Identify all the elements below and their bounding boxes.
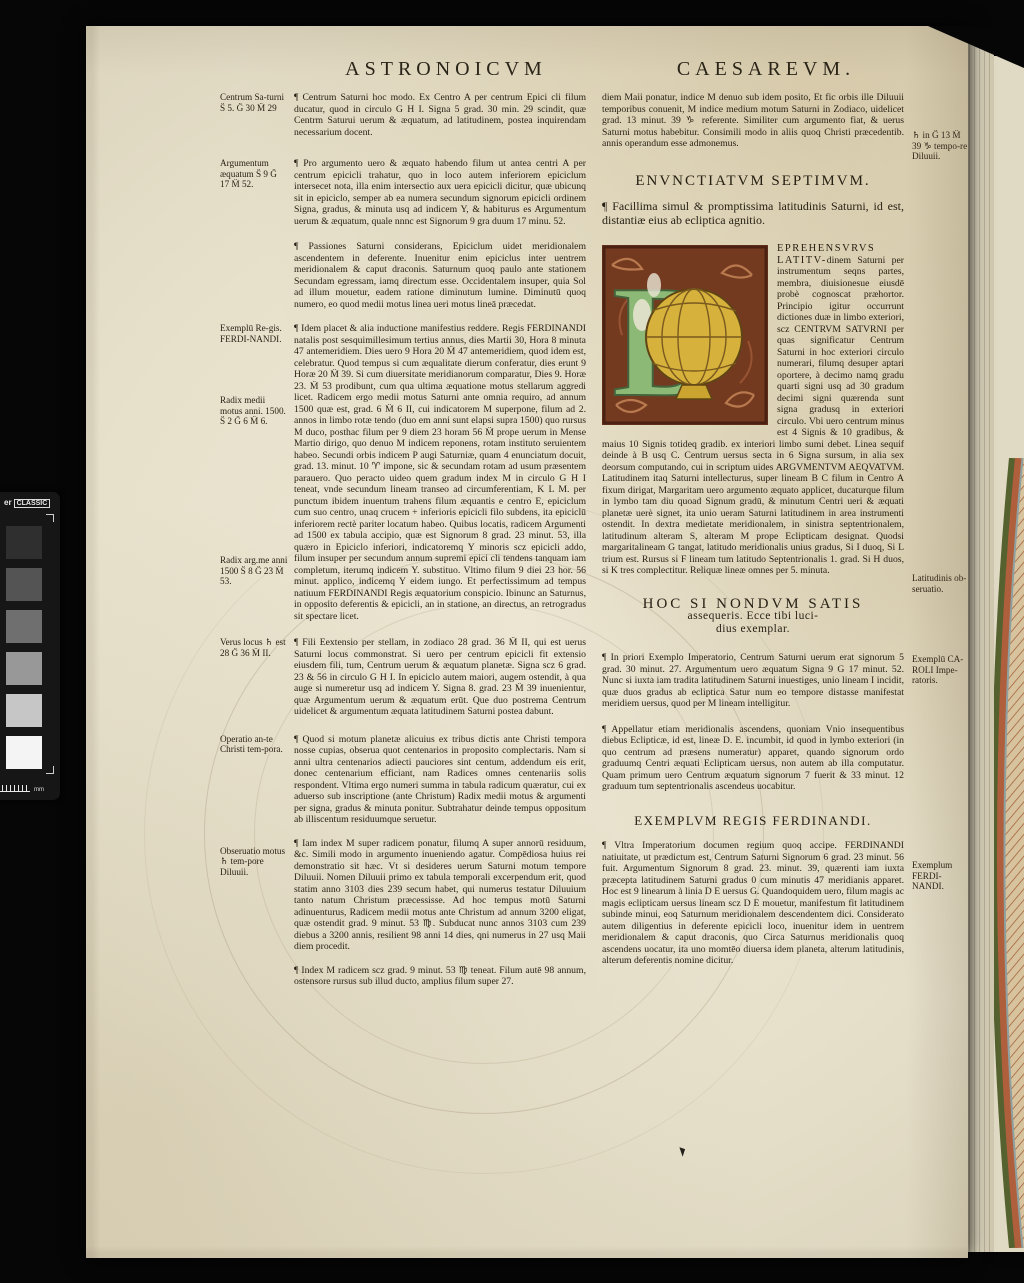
mm-ruler-label: mm: [34, 787, 44, 793]
colorchecker-label-fragment: er: [4, 498, 12, 507]
grayscale-patch: [6, 694, 42, 727]
margin-note: Verus locus ♄ est 28 G̈ 36 M̈ II.: [220, 637, 288, 658]
paragraph-text: ¶ In priori Exemplo Imperatorio, Centrum…: [602, 652, 904, 709]
grayscale-patch: [6, 736, 42, 769]
volvelle-edge-diagram: [992, 458, 1024, 1248]
paragraph: Exemplū Re-gis. FERDI-NANDI. Radix medii…: [294, 323, 586, 622]
paragraph: ¶ Index M radicem scz grad. 9 minut. 53 …: [294, 965, 586, 988]
registration-corner-mark: [46, 766, 54, 774]
paragraph: Verus locus ♄ est 28 G̈ 36 M̈ II. ¶ Fili…: [294, 637, 586, 718]
next-page-sliver: [992, 56, 1024, 1252]
colorchecker-target: erCLASSIC mm: [0, 492, 60, 800]
paragraph-text: ¶ Centrum Saturni hoc modo. Ex Centro A …: [294, 92, 586, 138]
right-text-column: ♄ in G̈ 13 M̈ 39 ♑ tempo-re Diluuii. die…: [602, 92, 904, 967]
illuminated-initial-d: D: [602, 245, 768, 425]
paragraph: Exemplum FERDI-NANDI. ¶ Vltra Imperatori…: [602, 840, 904, 967]
paragraph: Obseruatio motus ♄ tem-pore Diluuii. ¶ I…: [294, 838, 586, 953]
colorchecker-classic-badge: CLASSIC: [14, 499, 51, 508]
margin-note: Exemplū CA-ROLI Impe-ratoris.: [912, 654, 972, 686]
book-photograph: ASTRONOICVM CAESAREVM. Centrum Sa-turni …: [0, 0, 1024, 1283]
left-text-column: Centrum Sa-turni S̈ 5. G̈ 30 M̈ 29 ¶ Cen…: [294, 92, 586, 988]
grayscale-patch-column: [6, 526, 42, 778]
book-page: ASTRONOICVM CAESAREVM. Centrum Sa-turni …: [86, 26, 968, 1258]
paragraph-text: diem Maii ponatur, indice M denuo sub id…: [602, 92, 904, 149]
paragraph-text: ¶ Appellatur etiam meridionalis ascenden…: [602, 724, 904, 793]
section-heading-exemplum: EXEMPLVM REGIS FERDINANDI.: [602, 815, 904, 827]
margin-note: Obseruatio motus ♄ tem-pore Diluuii.: [220, 846, 288, 878]
margin-note: Radix arg.me anni 1500 S̈ 8 G̈ 23 M̈ 53.: [220, 555, 288, 587]
paragraph-with-dropcap: Latitudinis ob-seruatio. D: [602, 243, 904, 577]
section-subheading: ¶ Facillima simul & promptissima latitud…: [602, 199, 904, 227]
section-heading-hoc-line2: assequeris. Ecce tibi luci-: [602, 610, 904, 623]
grayscale-patch: [6, 610, 42, 643]
paragraph: Operatio an-te Christi tem-pora. ¶ Quod …: [294, 734, 586, 826]
section-heading-hoc-line3: dius exemplar.: [602, 623, 904, 636]
paragraph-text: ¶ Iam index M super radicem ponatur, fil…: [294, 838, 586, 953]
paragraph-text: ¶ Pro argumento uero & æquato habendo fi…: [294, 158, 586, 227]
margin-note: Centrum Sa-turni S̈ 5. G̈ 30 M̈ 29: [220, 92, 288, 113]
paragraph: ¶ Appellatur etiam meridionalis ascenden…: [602, 724, 904, 793]
running-head-left: ASTRONOICVM: [296, 58, 596, 81]
printers-fly-mark: [677, 1147, 685, 1156]
grayscale-patch: [6, 526, 42, 559]
page-stack-edge: [964, 40, 994, 1252]
margin-note: Latitudinis ob-seruatio.: [912, 573, 972, 594]
paragraph-text: ¶ Passiones Saturni considerans, Epicicl…: [294, 241, 586, 310]
margin-note: Argumentum æquatum S̈ 9 G̈ 17 M̈ 52.: [220, 158, 288, 190]
paragraph: ¶ Passiones Saturni considerans, Epicicl…: [294, 241, 586, 310]
paragraph-text: ¶ Fili Eextensio per stellam, in zodiaco…: [294, 637, 586, 717]
paragraph-text: ¶ Vltra Imperatorium documen regium quoq…: [602, 840, 904, 966]
paragraph-text: ¶ Quod si motum planetæ alicuius ex trib…: [294, 734, 586, 826]
margin-note: Radix medii motus anni. 1500. S̈ 2 G̈ 6 …: [220, 395, 288, 427]
grayscale-patch: [6, 568, 42, 601]
mm-ruler: [0, 785, 30, 792]
paragraph: Centrum Sa-turni S̈ 5. G̈ 30 M̈ 29 ¶ Cen…: [294, 92, 586, 138]
paragraph-text: ¶ Index M radicem scz grad. 9 minut. 53 …: [294, 965, 586, 988]
grayscale-patch: [6, 652, 42, 685]
running-head-right: CAESAREVM.: [616, 58, 916, 81]
margin-note: Operatio an-te Christi tem-pora.: [220, 734, 288, 755]
margin-note: Exemplum FERDI-NANDI.: [912, 860, 972, 892]
colorchecker-label: erCLASSIC: [4, 498, 50, 508]
margin-note: ♄ in G̈ 13 M̈ 39 ♑ tempo-re Diluuii.: [912, 130, 972, 162]
paragraph: Argumentum æquatum S̈ 9 G̈ 17 M̈ 52. ¶ P…: [294, 158, 586, 227]
paragraph-text: ¶ Idem placet & alia inductione manifest…: [294, 323, 586, 622]
margin-note: Exemplū Re-gis. FERDI-NANDI.: [220, 323, 288, 344]
paragraph: Exemplū CA-ROLI Impe-ratoris. ¶ In prior…: [602, 652, 904, 710]
registration-corner-mark: [46, 514, 54, 522]
paragraph: ♄ in G̈ 13 M̈ 39 ♑ tempo-re Diluuii. die…: [602, 92, 904, 150]
section-heading-septimum: ENVNCTIATVM SEPTIMVM.: [602, 176, 904, 188]
section-heading-hoc: HOC SI NONDVM SATIS: [602, 599, 904, 611]
